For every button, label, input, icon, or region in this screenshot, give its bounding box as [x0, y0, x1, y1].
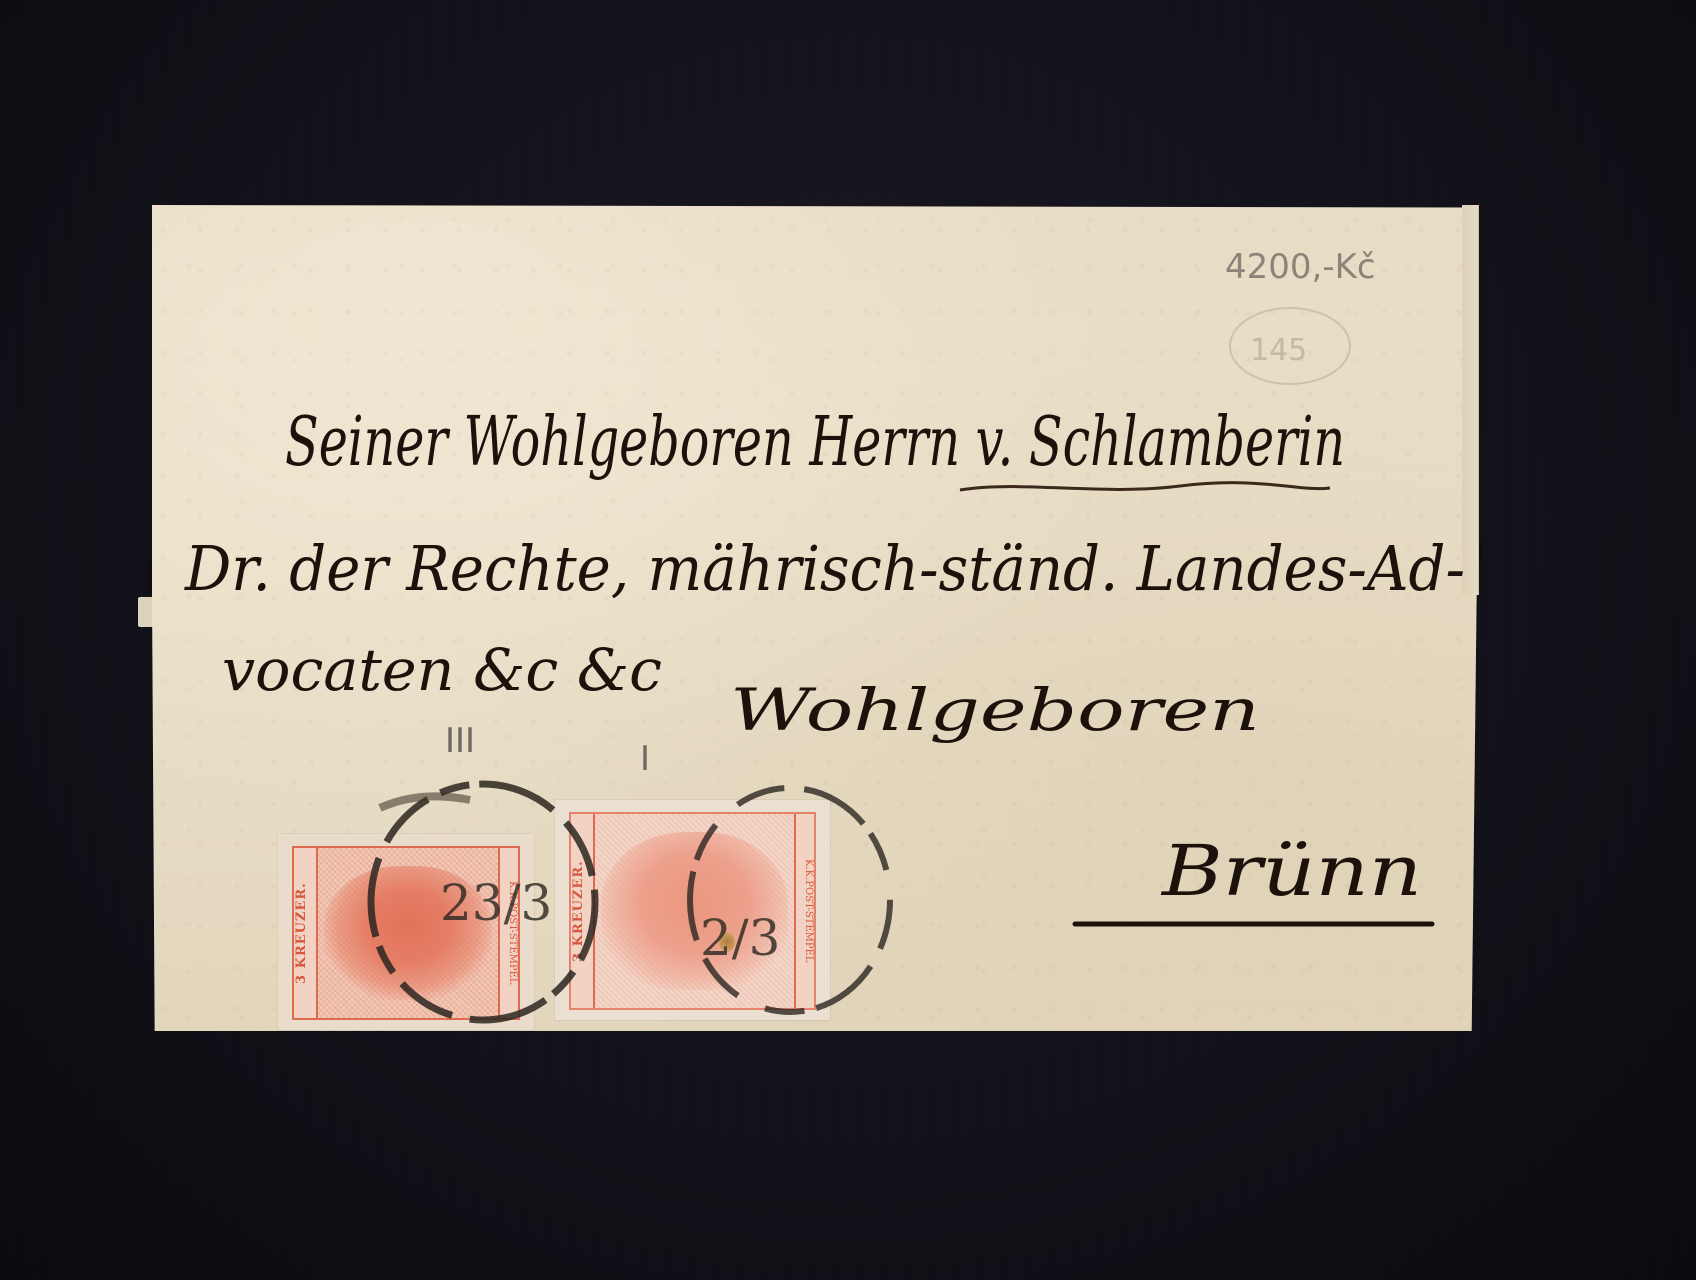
stamp-3-kreuzer-left: 3 KREUZER. K.K.POST-STEMPEL — [278, 834, 534, 1030]
stamp-3-kreuzer-right: 3 KREUZER. K.K.POST-STEMPEL — [555, 800, 830, 1020]
stamp-frame: 3 KREUZER. K.K.POST-STEMPEL — [569, 812, 816, 1010]
stamp-frame: 3 KREUZER. K.K.POST-STEMPEL — [292, 846, 520, 1020]
double-eagle-emblem — [324, 866, 492, 1000]
stamp-side-text: K.K.POST-STEMPEL — [500, 856, 518, 1010]
stamp-value-text: 3 KREUZER. — [571, 822, 593, 1000]
cover-flap-edge — [1462, 205, 1479, 595]
stamp-value-text: 3 KREUZER. — [294, 856, 316, 1010]
stamp-side-band: K.K.POST-STEMPEL — [794, 814, 814, 1008]
photo-scene: 3 KREUZER. K.K.POST-STEMPEL 3 KREUZER. K… — [0, 0, 1696, 1280]
stamp-side-text: K.K.POST-STEMPEL — [796, 822, 814, 1000]
double-eagle-emblem — [601, 832, 788, 990]
stamp-value-band: 3 KREUZER. — [294, 848, 318, 1018]
stain-spot — [719, 932, 735, 952]
stamp-side-band: K.K.POST-STEMPEL — [498, 848, 518, 1018]
paper-tab — [138, 597, 154, 627]
stamp-value-band: 3 KREUZER. — [571, 814, 595, 1008]
